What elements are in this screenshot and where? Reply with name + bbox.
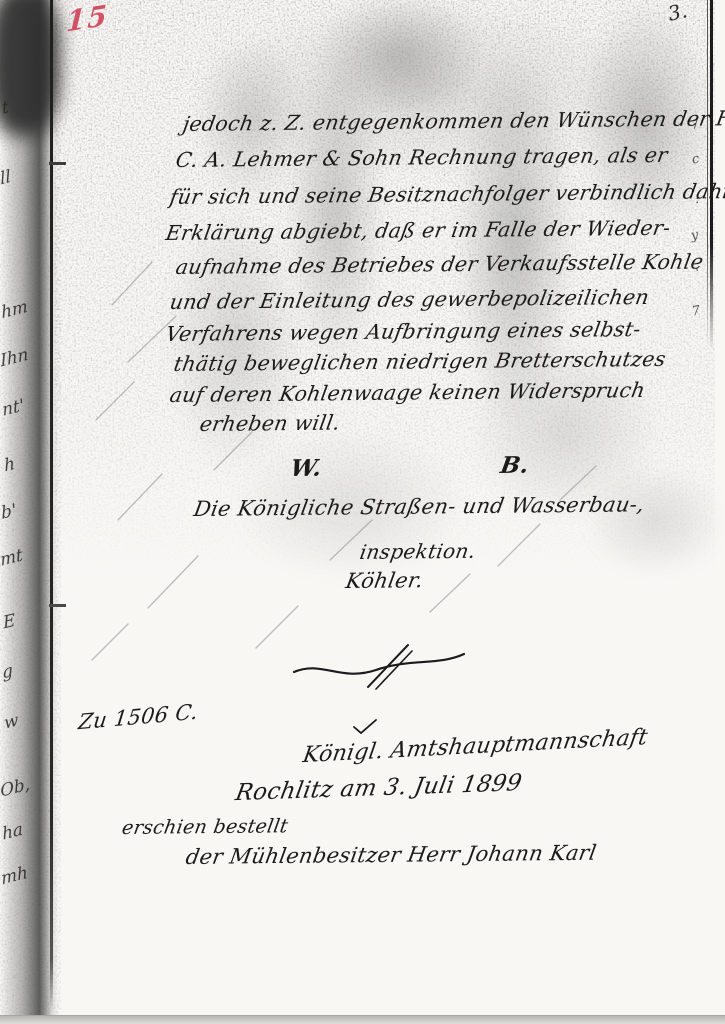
reviewer-initial-left: W. bbox=[289, 455, 324, 482]
scanned-manuscript-page: t ll hm Ihn nt' h b' mt E g w Ob, ha mh … bbox=[0, 0, 725, 1024]
check-mark bbox=[352, 718, 378, 736]
reviewer-initial-right: B. bbox=[499, 452, 532, 479]
handwritten-line: Verfahrens wegen Aufbringung eines selbs… bbox=[164, 317, 643, 346]
margin-fragment: h bbox=[3, 454, 16, 477]
file-reference: Zu 1506 C. bbox=[77, 700, 199, 735]
authority-line-2: inspektion. bbox=[358, 539, 477, 564]
handwritten-line: auf deren Kohlenwaage keinen Widerspruch bbox=[168, 378, 647, 407]
margin-fragment: c bbox=[691, 151, 701, 167]
margin-fragment: g bbox=[1, 661, 14, 684]
authority-line: Die Königliche Straßen- und Wasserbau-, bbox=[192, 492, 646, 521]
handwritten-line: und der Einleitung des gewerbepolizeilic… bbox=[168, 285, 651, 314]
margin-fragment: E bbox=[2, 610, 16, 633]
margin-fragment: ha bbox=[1, 819, 24, 844]
margin-fragment: t bbox=[1, 97, 10, 119]
margin-fragment: w bbox=[3, 710, 19, 734]
appearance-line: erschien bestellt bbox=[120, 815, 289, 839]
place-date-line: Rochlitz am 3. Juli 1899 bbox=[233, 770, 524, 806]
office-line: Königl. Amtshauptmannschaft bbox=[301, 725, 649, 768]
handwritten-line: jedoch z. Z. entgegenkommen den Wünschen… bbox=[181, 106, 725, 136]
margin-fragment: mt bbox=[0, 545, 24, 571]
margin-fragment: Ob, bbox=[0, 774, 31, 801]
margin-fragment: hm bbox=[0, 297, 28, 324]
handwritten-line: Erklärung abgiebt, daß er im Falle der W… bbox=[164, 216, 672, 245]
fold-notch-upper bbox=[49, 162, 66, 165]
margin-fragment: mh bbox=[0, 863, 28, 890]
scan-edge-line bbox=[707, 0, 713, 350]
fold-notch-lower bbox=[49, 604, 66, 607]
margin-fragment: 7 bbox=[691, 303, 702, 319]
page-number: 3. bbox=[666, 0, 690, 26]
red-folio-number: 15 bbox=[65, 0, 109, 39]
margin-fragment: Ihn bbox=[0, 344, 29, 371]
handwritten-line: erheben will. bbox=[198, 411, 342, 436]
margin-fragment: nt' bbox=[1, 395, 25, 421]
page-fold-edge-line bbox=[50, 0, 53, 1010]
separator-flourish bbox=[288, 640, 473, 695]
handwritten-line: thätig beweglichen niedrigen Bretterschu… bbox=[172, 347, 668, 376]
handwritten-line: für sich und seine Besitznachfolger verb… bbox=[168, 179, 725, 209]
margin-fragment: b' bbox=[0, 500, 17, 524]
margin-fragment: y bbox=[690, 227, 700, 243]
signature: Köhler. bbox=[344, 568, 425, 593]
margin-fragment: ll bbox=[0, 167, 12, 190]
handwritten-line: aufnahme des Betriebes der Verkaufsstell… bbox=[174, 249, 705, 279]
person-line: der Mühlenbesitzer Herr Johann Karl bbox=[184, 841, 598, 869]
handwritten-line: C. A. Lehmer & Sohn Rechnung tragen, als… bbox=[174, 143, 669, 172]
scan-bottom-edge bbox=[0, 1015, 725, 1024]
